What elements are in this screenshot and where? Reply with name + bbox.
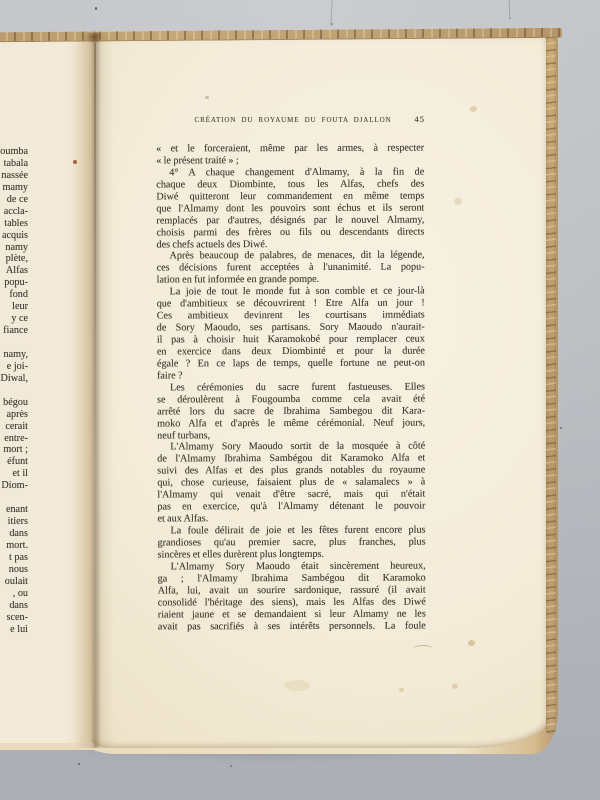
left-page-line-ending: Diwal, [0, 373, 28, 385]
dust-speck [230, 765, 232, 767]
foxing-spot [205, 96, 209, 99]
left-page-line-ending [0, 385, 28, 397]
text-line: riaient jaune et se demandaient si leur … [158, 608, 426, 621]
left-page-line-ending: e joi- [0, 361, 28, 373]
text-line: lation en fut informée en grande pompe. [157, 274, 425, 287]
left-page-line-ending: enant [0, 504, 28, 516]
left-page-line-ending: acquis [0, 230, 28, 242]
left-page-line-ending: oumba [0, 146, 28, 158]
left-page-line-ending: fiance [0, 325, 28, 337]
left-page-line-ending: tables [0, 218, 28, 230]
left-page-line-ending: après [0, 409, 28, 421]
foxing-spot [73, 160, 77, 164]
foxing-smudge [284, 680, 310, 691]
foxing-spot [468, 640, 475, 646]
left-page-line-ending: namy, [0, 349, 28, 361]
foxing-spot [452, 684, 458, 689]
text-line: ces décisions furent acceptées à l'unani… [157, 262, 425, 275]
left-page-line-ending: éfunt [0, 456, 28, 468]
foxing-spot [454, 198, 462, 205]
running-title: CRÉATION DU ROYAUME DU FOUTA DJALLON [159, 116, 427, 124]
dust-speck [560, 427, 562, 429]
text-line: 4° A chaque changement d'Almamy, à la fi… [156, 166, 424, 179]
text-line: l'Almamy qui venait d'être sacré, mais q… [157, 489, 425, 502]
text-line: « et le forceraient, même par les armes,… [156, 143, 424, 156]
text-line: Diwé quitteront leur commandement en mêm… [156, 190, 424, 203]
left-page-line-ending: namy [0, 242, 28, 254]
text-line: choisis parmi des frères ou fils ou desc… [156, 226, 424, 239]
left-page-line-ending: mort ; [0, 444, 28, 456]
text-line: grandioses qu'au premier sacre, plus fra… [158, 536, 426, 549]
left-page-line-ending: dans [0, 600, 28, 612]
left-page-line-ending: tabala [0, 158, 28, 170]
left-page-line-ending: dans [0, 528, 28, 540]
text-line: Ces ambitieux devinrent les courtisans i… [157, 310, 425, 323]
left-page-line-ending: plète, [0, 253, 28, 265]
dust-speck [95, 7, 97, 10]
text-line: de Sory Maoudo, ses partisans. Sory Maou… [157, 322, 425, 335]
pencil-arc-mark [413, 645, 433, 653]
left-page-line-ending: nassée [0, 170, 28, 182]
text-line: et aux Alfas. [157, 513, 425, 526]
text-line: de l'Almamy Ibrahima Sambégou dit Karamo… [157, 453, 425, 466]
text-line: neuf turbans, [157, 429, 425, 442]
text-line: faire ? [157, 369, 425, 382]
photo-of-open-book: oumbatabalanasséemamyde ceaccla-tablesac… [0, 0, 600, 800]
text-line: qui, chose curieuse, faisaient plus de «… [157, 477, 425, 490]
left-page-line-ending: fond [0, 289, 28, 301]
text-line: il pas à choisir huit Karamokobé pour re… [157, 334, 425, 347]
left-page-line-ending: popu- [0, 277, 28, 289]
left-page-line-ending [0, 492, 28, 504]
text-line: avait pas sacrifiés à ses intérêts perso… [158, 620, 426, 633]
text-line: pas en exercice, qu'à l'Almamy détenant … [157, 501, 425, 514]
body-text: « et le forceraient, même par les armes,… [156, 143, 426, 633]
book-fore-edge [546, 37, 556, 734]
text-line: suivi des Alfas et des plus grands notab… [157, 465, 425, 478]
left-page-line-ending: bégou [0, 397, 28, 409]
wall-scratch [509, 0, 511, 19]
text-line: que d'ambitieux se découvrirent ! Etre A… [157, 298, 425, 311]
text-line: « le présent traité » ; [156, 154, 424, 167]
left-page-line-ending: , ou [0, 588, 28, 600]
foxing-spot [470, 106, 477, 112]
dust-speck [509, 17, 511, 19]
text-line: Les cérémonies du sacre furent fastueuse… [157, 381, 425, 394]
dust-speck [78, 763, 80, 765]
book-gutter-crease [74, 33, 114, 748]
wall-scratch [330, 0, 332, 26]
text-line: Alfa, lui, avait un sourire sardonique, … [158, 584, 426, 597]
dust-speck [331, 23, 333, 25]
left-page-line-ending: e lui [0, 624, 28, 636]
left-page-line-ending: t pas [0, 552, 28, 564]
left-page-line-ending: scen- [0, 612, 28, 624]
left-page-line-ending: itiers [0, 516, 28, 528]
left-page-line-ending: Diom- [0, 480, 28, 492]
left-page-line-ending: de ce [0, 194, 28, 206]
left-page-line-ending: y ce [0, 313, 28, 325]
text-line: égale ? En ce laps de temps, quelle fort… [157, 357, 425, 370]
left-page-line-ending: oulait [0, 576, 28, 588]
text-line: remplacés par d'autres, désignés par le … [156, 214, 424, 227]
left-page-line-ending: mort. [0, 540, 28, 552]
page-header: CRÉATION DU ROYAUME DU FOUTA DJALLON 45 [157, 116, 425, 130]
text-line: en exercice dans deux Diombinté et pour … [157, 345, 425, 358]
left-page-line-ending: et il [0, 468, 28, 480]
left-page-line-ending: cerait [0, 421, 28, 433]
left-page-line-ending: entre- [0, 433, 28, 445]
text-line: La foule délirait de joie et les fêtes f… [157, 525, 425, 538]
left-page-line-ending: mamy [0, 182, 28, 194]
left-page-line-ending: accla- [0, 206, 28, 218]
left-page-line-ending: leur [0, 301, 28, 313]
page-number: 45 [415, 114, 426, 124]
text-line: L'Almamy Sory Maoudo était sincèrement h… [158, 560, 426, 573]
left-page-line-ending: Alfas [0, 265, 28, 277]
text-line: des chefs actuels des Diwé. [156, 238, 424, 251]
left-page-line-ending [0, 337, 28, 349]
text-line: chaque deux Diombinte, tous les Alfas, c… [156, 178, 424, 191]
text-line: se déroulèrent à Fougoumba comme cela av… [157, 393, 425, 406]
text-line: moko Alfa et d'après le même cérémonial.… [157, 417, 425, 430]
left-page-line-ending: nous [0, 564, 28, 576]
text-line: L'Almamy Sory Maoudo sortit de la mosqué… [157, 441, 425, 454]
text-line: arrêté lors du sacre de Ibrahima Sambego… [157, 405, 425, 418]
text-line: consolidé l'héritage des siens), mais le… [158, 596, 426, 609]
text-line: que l'Almamy dont les pouvoirs sont échu… [156, 202, 424, 215]
foxing-spot [399, 688, 404, 692]
text-line: Après beaucoup de palabres, de menaces, … [157, 250, 425, 263]
text-line: sincères et elles durèrent plus longtemp… [158, 548, 426, 561]
text-line: La joie de tout le monde fut à son combl… [157, 286, 425, 299]
text-line: ga ; l'Almamy Ibrahima Sambégou dit Kara… [158, 572, 426, 585]
left-fragments: oumbatabalanasséemamyde ceaccla-tablesac… [0, 146, 28, 635]
